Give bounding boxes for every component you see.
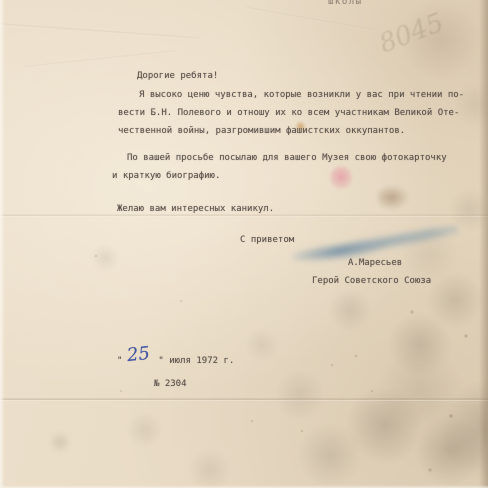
salutation: Дорогие ребята!: [137, 71, 218, 82]
handwritten-day-number: 25: [126, 343, 151, 366]
body-line: и краткую биографию.: [112, 171, 220, 182]
signature-title: Герой Советского Союза: [312, 276, 431, 287]
date-open-quote: ": [117, 356, 122, 366]
body-line: Я высоко ценю чувства, которые возникли …: [139, 90, 464, 101]
pink-stain: [330, 166, 352, 190]
brown-smudge-stain: [377, 185, 409, 210]
scan-edge-shadow-right: [479, 0, 488, 488]
body-line: вести Б.Н. Полевого и отношу их ко всем …: [118, 108, 459, 119]
signature-name: А.Маресьев: [348, 258, 402, 269]
scan-edge-left: [0, 0, 5, 488]
body-line: чественной войны, разгромившим фашистски…: [118, 126, 405, 137]
closing-line: С приветом: [240, 235, 294, 246]
body-line: По вашей просьбе посылаю для вашего Музе…: [127, 153, 447, 164]
date-typed-text: июля 1972 г.: [164, 356, 234, 366]
wish-line: Желаю вам интересных каникул.: [117, 204, 274, 215]
scanned-letter-page: школы 8045 Дорогие ребята! Я высоко ценю…: [0, 0, 488, 488]
top-edge-text-fragment: школы: [328, 0, 363, 7]
outgoing-number: № 2304: [154, 379, 187, 390]
